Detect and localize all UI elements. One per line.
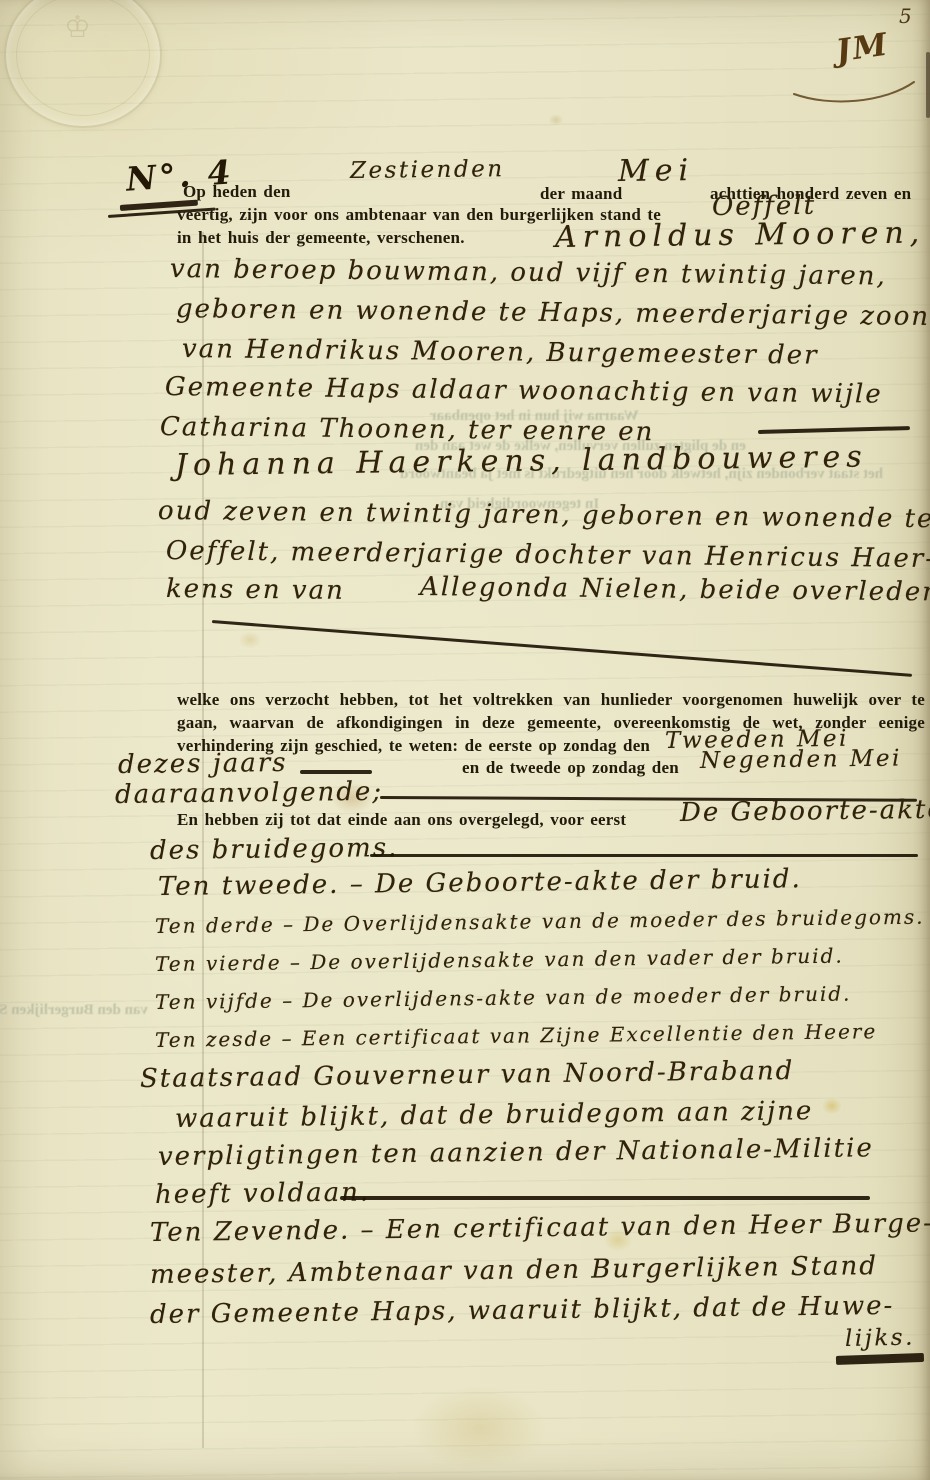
document-item: waaruit blijkt, dat de bruidegom aan zij… [175,1096,814,1134]
marriage-month: Mei [618,153,695,189]
document-item: Ten zesde – Een certificaat van Zijne Ex… [155,1019,878,1052]
printed-text: En hebben zij tot dat einde aan ons over… [177,810,626,830]
marriage-day: Zestienden [350,156,505,184]
document-item: Ten derde – De Overlijdensakte van de mo… [155,905,925,938]
bleed-fragment: van den Burgerlijken Stand [0,1002,148,1019]
second-banns-date: Negenden Mei [700,746,902,774]
bride-mother-line: Allegonda Nielen, beide overleden [420,572,930,607]
groom-name: Arnoldus Mooren, [555,215,926,255]
page-number: 5 [899,4,912,28]
embossed-seal [4,0,162,128]
filler-rule [340,1196,870,1200]
printed-text: in het huis der gemeente, verschenen. [177,228,465,248]
bride-line: oud zeven en twintig jaren, geboren en w… [158,496,930,534]
bride-line: Oeffelt, meerderjarige dochter van Henri… [166,536,930,574]
catchword: lijks. [845,1325,915,1352]
document-item: Ten vijfde – De overlijdens-akte van de … [155,981,852,1014]
bride-line: kens en van [166,574,345,606]
civil-registry-page: 5 JM N°. 4 Waarna wij hun in het openbaa… [0,0,930,1480]
printed-text: en de tweede op zondag den [462,758,679,778]
scan-edge-notch [926,52,930,118]
document-item: meester, Ambtenaar van den Burgerlijken … [150,1251,878,1290]
printed-text: Op heden den [183,182,291,202]
document-item: Ten Zevende. – Een certificaat van den H… [150,1208,930,1248]
paraph-flourish [788,74,922,108]
groom-line: geboren en wonende te Haps, meerderjarig… [176,294,930,332]
printed-text: welke ons verzocht hebben, tot het voltr… [177,690,925,710]
banns-hand-line: daaraanvolgende; [115,777,383,810]
filler-rule [758,426,910,434]
document-item: Ten tweede. – De Geboorte-akte der bruid… [158,864,802,902]
groom-line: van beroep bouwman, oud vijf en twintig … [170,254,887,292]
catchword-underline [836,1353,924,1365]
groom-line: Gemeente Haps aldaar woonachtig en van w… [165,372,883,410]
document-item: heeft voldaan. [155,1177,371,1210]
filler-rule [370,854,918,857]
groom-line: van Hendrikus Mooren, Burgemeester der [182,334,819,371]
document-item: De Geboorte-akte [680,795,930,828]
document-item: Ten vierde – De overlijdensakte van den … [155,944,844,976]
diagonal-filler-rule [212,620,912,677]
document-item: Staatsraad Gouverneur van Noord-Braband [140,1056,795,1094]
groom-mother-line: Catharina Thoonen, ter eenre en [160,412,655,447]
banns-hand-line: dezes jaars [118,748,288,780]
printed-text: der maand [540,184,622,204]
document-item: verpligtingen ten aanzien der Nationale-… [158,1133,874,1172]
registrar-paraph: JM [834,26,891,69]
crown-icon [64,10,91,45]
document-item: des bruidegoms. [150,833,399,866]
filler-dash [300,770,372,774]
document-item: der Gemeente Haps, waaruit blijkt, dat d… [150,1291,895,1330]
